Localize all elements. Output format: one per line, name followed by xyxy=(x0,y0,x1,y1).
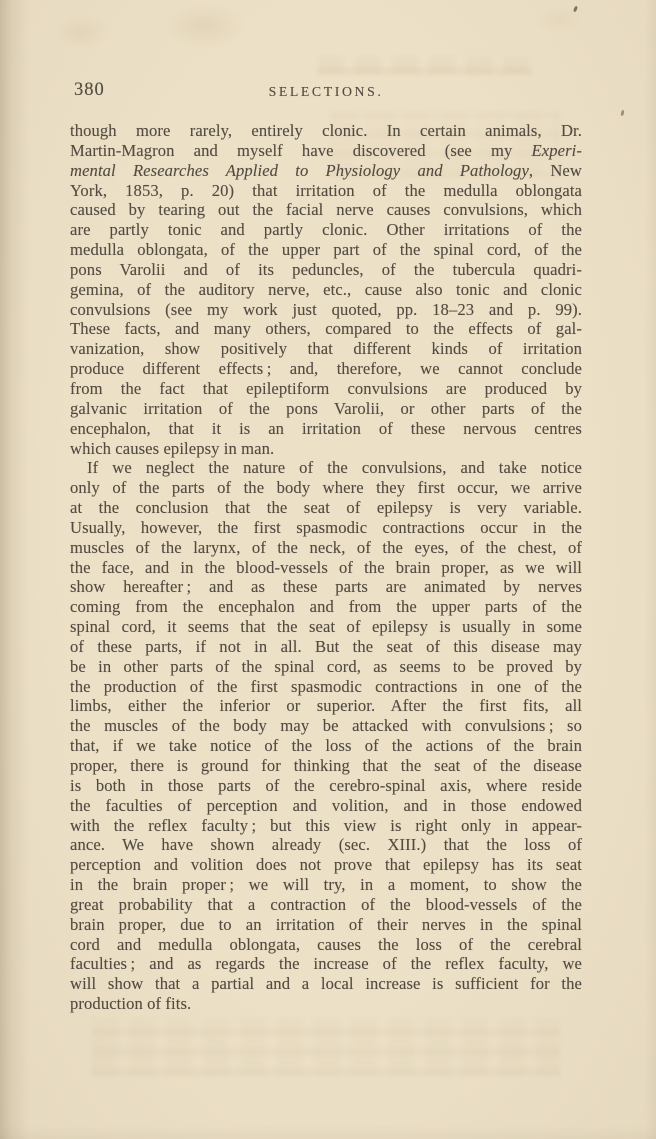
text-line: These facts, and many others, compared t… xyxy=(70,319,582,339)
text-line: muscles of the larynx, of the neck, of t… xyxy=(70,538,582,558)
text-line: proper, there is ground for thinking tha… xyxy=(70,756,582,776)
text-line: limbs, either the inferior or superior. … xyxy=(70,696,582,716)
text-line: medulla oblongata, of the upper part of … xyxy=(70,240,582,260)
text-line: brain proper, due to an irritation of th… xyxy=(70,915,582,935)
text-line: spinal cord, it seems that the seat of e… xyxy=(70,617,582,637)
text-line: cord and medulla oblongata, causes the l… xyxy=(70,935,582,955)
page-header: 380 SELECTIONS. xyxy=(70,80,582,104)
text-line: is both in those parts of the cerebro-sp… xyxy=(70,776,582,796)
text-line: perception and volition does not prove t… xyxy=(70,855,582,875)
show-through-artifact xyxy=(318,57,532,75)
text-line: faculties ; and as regards the increase … xyxy=(70,954,582,974)
book-page-scan: 380 SELECTIONS. though more rarely, enti… xyxy=(0,0,656,1139)
text-line: York, 1853, p. 20) that irritation of th… xyxy=(70,181,582,201)
text-line: encephalon, that it is an irritation of … xyxy=(70,419,582,439)
text-line: that, if we take notice of the loss of t… xyxy=(70,736,582,756)
text-line: though more rarely, entirely clonic. In … xyxy=(70,121,582,141)
text-line: Usually, however, the first spasmodic co… xyxy=(70,518,582,538)
text-line: of these parts, if not in all. But the s… xyxy=(70,637,582,657)
text-line: convulsions (see my work just quoted, pp… xyxy=(70,300,582,320)
text-line: which causes epilepsy in man. xyxy=(70,439,582,459)
text-line: galvanic irritation of the pons Varolii,… xyxy=(70,399,582,419)
text-line: produce different effects ; and, therefo… xyxy=(70,359,582,379)
text-line: gemina, of the auditory nerve, etc., cau… xyxy=(70,280,582,300)
text-line: the muscles of the body may be attacked … xyxy=(70,716,582,736)
text-line: pons Varolii and of its peduncles, of th… xyxy=(70,260,582,280)
text-line: ance. We have shown already (sec. XIII.)… xyxy=(70,835,582,855)
text-line: great probability that a contraction of … xyxy=(70,895,582,915)
show-through-artifact xyxy=(92,1018,560,1076)
text-line: the production of the first spasmodic co… xyxy=(70,677,582,697)
paragraph: If we neglect the nature of the convulsi… xyxy=(70,458,582,1014)
ink-speck xyxy=(620,110,624,117)
ink-speck xyxy=(573,6,578,13)
text-line: production of fits. xyxy=(70,994,582,1014)
text-line: Martin-Magron and myself have discovered… xyxy=(70,141,582,161)
text-line: will show that a partial and a local inc… xyxy=(70,974,582,994)
text-line: from the fact that epileptiform convulsi… xyxy=(70,379,582,399)
text-line: with the reflex faculty ; but this view … xyxy=(70,816,582,836)
page-body: though more rarely, entirely clonic. In … xyxy=(70,121,582,1014)
text-line: the faculties of perception and volition… xyxy=(70,796,582,816)
text-line: at the conclusion that the seat of epile… xyxy=(70,498,582,518)
text-line: vanization, show positively that differe… xyxy=(70,339,582,359)
paragraph: though more rarely, entirely clonic. In … xyxy=(70,121,582,458)
text-line: in the brain proper ; we will try, in a … xyxy=(70,875,582,895)
running-head: SELECTIONS. xyxy=(70,84,582,100)
text-line: coming from the encephalon and from the … xyxy=(70,597,582,617)
text-line: caused by tearing out the facial nerve c… xyxy=(70,200,582,220)
text-line: only of the parts of the body where they… xyxy=(70,478,582,498)
text-line: show hereafter ; and as these parts are … xyxy=(70,577,582,597)
text-line: mental Researches Applied to Physiology … xyxy=(70,161,582,181)
text-line: are partly tonic and partly clonic. Othe… xyxy=(70,220,582,240)
text-line: be in other parts of the spinal cord, as… xyxy=(70,657,582,677)
text-line: the face, and in the blood-vessels of th… xyxy=(70,558,582,578)
text-line: If we neglect the nature of the convulsi… xyxy=(70,458,582,478)
